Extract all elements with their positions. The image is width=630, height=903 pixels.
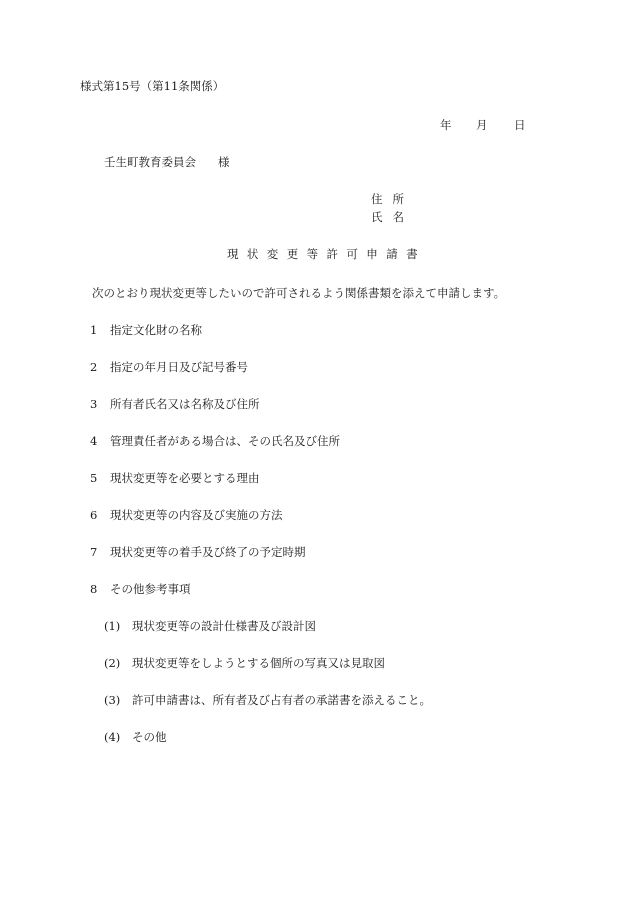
sub-list-item: (2) 現状変更等をしようとする個所の写真又は見取図 — [104, 658, 385, 670]
subitem-text: その他 — [132, 732, 167, 744]
list-item: 4 管理責任者がある場合は、その氏名及び住所 — [90, 436, 340, 448]
date-month-label: 月 — [476, 120, 514, 132]
sub-list-item: (4) その他 — [104, 732, 167, 744]
intro-text: 次のとおり現状変更等したいので許可されるよう関係書類を添えて申請します。 — [92, 288, 505, 300]
item-number: 7 — [90, 547, 110, 559]
item-number: 8 — [90, 584, 110, 596]
item-text: 現状変更等を必要とする理由 — [110, 473, 260, 485]
item-number: 4 — [90, 436, 110, 448]
subitem-number: (4) — [104, 732, 132, 744]
list-item: 1 指定文化財の名称 — [90, 325, 202, 337]
item-number: 2 — [90, 362, 110, 374]
item-text: 指定の年月日及び記号番号 — [110, 362, 248, 374]
item-number: 1 — [90, 325, 110, 337]
sub-list-item: (1) 現状変更等の設計仕様書及び設計図 — [104, 621, 316, 633]
addressee-name: 壬生町教育委員会 — [104, 157, 196, 169]
list-item: 5 現状変更等を必要とする理由 — [90, 473, 260, 485]
item-text: その他参考事項 — [110, 584, 191, 596]
addressee: 壬生町教育委員会 様 — [104, 157, 230, 169]
list-item: 8 その他参考事項 — [90, 584, 191, 596]
document-title: 現状変更等許可申請書 — [227, 249, 426, 261]
subitem-number: (2) — [104, 658, 132, 670]
date-year-label: 年 — [440, 120, 476, 132]
subitem-text: 現状変更等をしようとする個所の写真又は見取図 — [132, 658, 385, 670]
item-number: 3 — [90, 399, 110, 411]
form-number: 様式第15号（第11条関係） — [80, 81, 224, 93]
sub-list-item: (3) 許可申請書は、所有者及び占有者の承諾書を添えること。 — [104, 695, 431, 707]
item-number: 5 — [90, 473, 110, 485]
subitem-number: (3) — [104, 695, 132, 707]
item-text: 管理責任者がある場合は、その氏名及び住所 — [110, 436, 340, 448]
applicant-name-label: 氏名 — [371, 212, 414, 224]
list-item: 7 現状変更等の着手及び終了の予定時期 — [90, 547, 306, 559]
addressee-honorific: 様 — [218, 157, 230, 169]
date-field: 年 月 日 — [440, 120, 526, 132]
item-text: 指定文化財の名称 — [110, 325, 202, 337]
date-day-label: 日 — [514, 120, 526, 132]
applicant-address-label: 住所 — [371, 194, 414, 206]
subitem-number: (1) — [104, 621, 132, 633]
item-text: 所有者氏名又は名称及び住所 — [110, 399, 260, 411]
item-number: 6 — [90, 510, 110, 522]
subitem-text: 現状変更等の設計仕様書及び設計図 — [132, 621, 316, 633]
list-item: 3 所有者氏名又は名称及び住所 — [90, 399, 260, 411]
item-text: 現状変更等の内容及び実施の方法 — [110, 510, 283, 522]
subitem-text: 許可申請書は、所有者及び占有者の承諾書を添えること。 — [132, 695, 431, 707]
list-item: 6 現状変更等の内容及び実施の方法 — [90, 510, 283, 522]
list-item: 2 指定の年月日及び記号番号 — [90, 362, 248, 374]
item-text: 現状変更等の着手及び終了の予定時期 — [110, 547, 306, 559]
